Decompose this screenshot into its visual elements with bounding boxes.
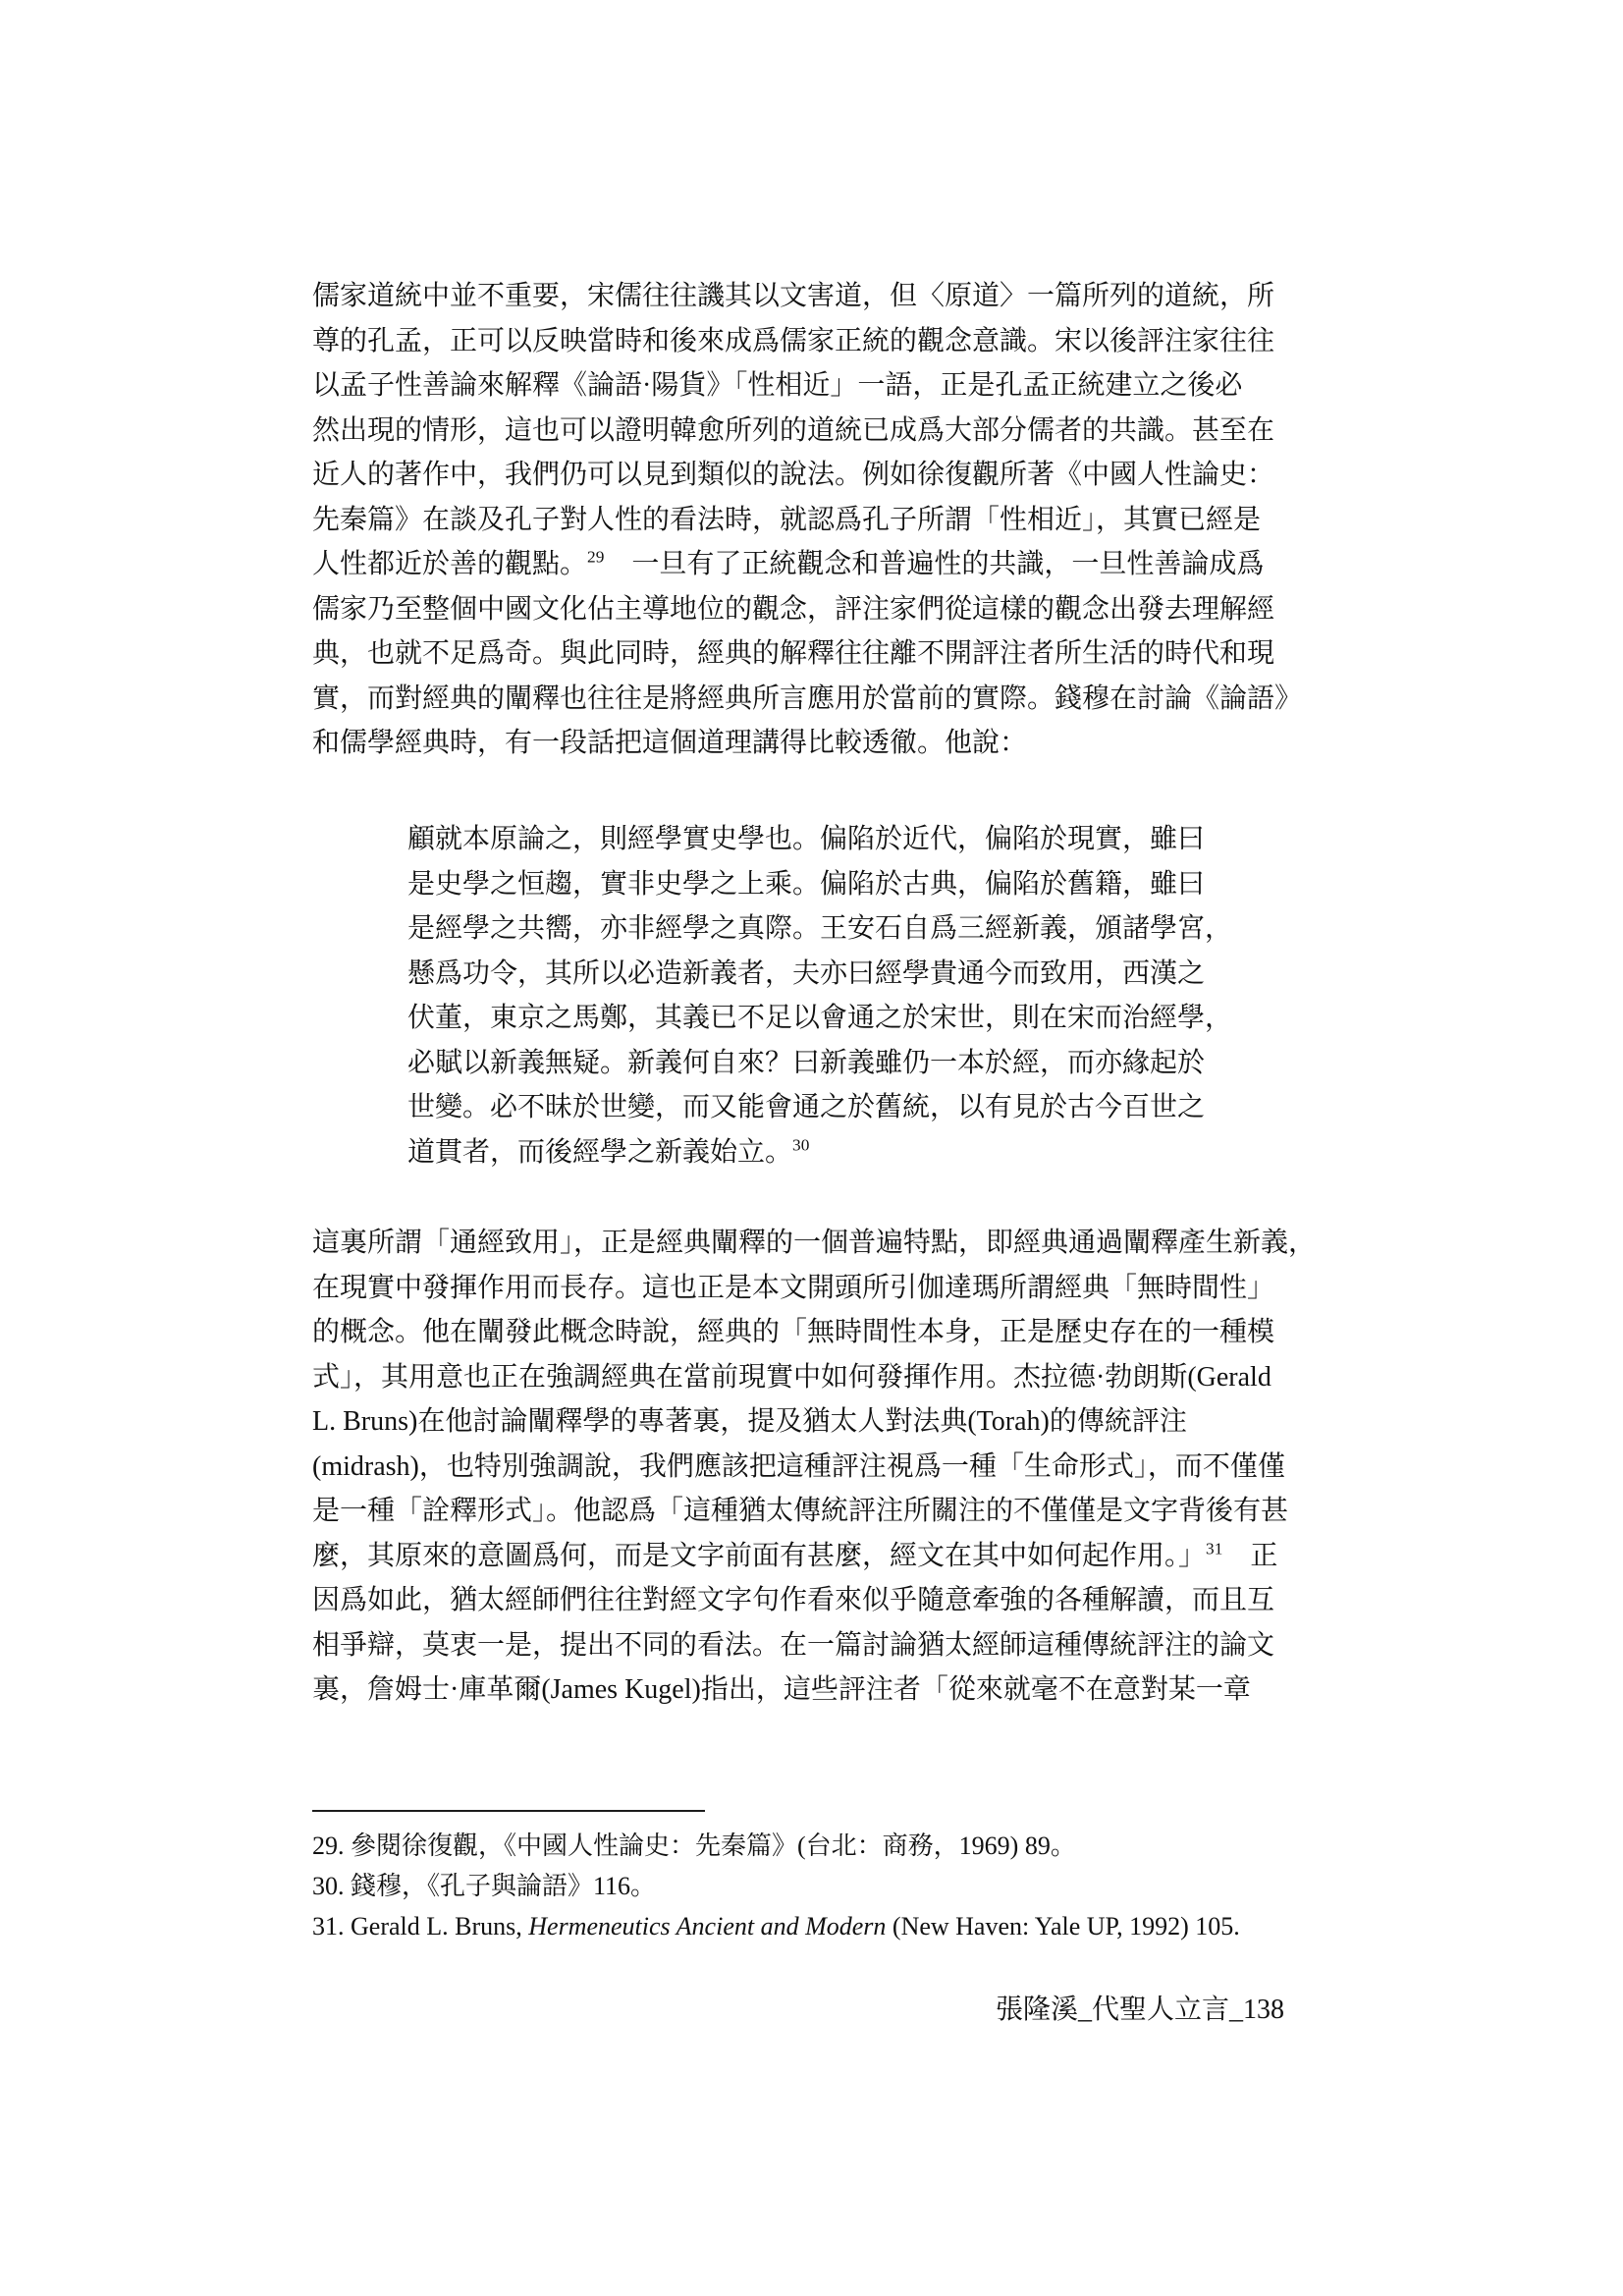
text-segment: 在現實中發揮作用而長存。這也正是本文開頭所引伽達瑪所謂經典「無時間性」 xyxy=(312,1273,1274,1303)
text-line: 和儒學經典時，有一段話把這個道理講得比較透徹。他說： xyxy=(312,721,1302,766)
text-segment: 尊的孔孟，正可以反映當時和後來成爲儒家正統的觀念意識。宋以後評注家往往 xyxy=(312,326,1274,356)
text-segment: 典，也就不足爲奇。與此同時，經典的解釋往往離不開評注者所生活的時代和現 xyxy=(312,638,1274,669)
text-line: 是經學之共嚮，亦非經學之真際。王安石自爲三經新義，頒諸學宮， xyxy=(407,906,1232,952)
text-segment: 麼，其原來的意圖爲何，而是文字前面有甚麼，經文在其中如何起作用。」 xyxy=(312,1541,1206,1571)
text-line: 這裏所謂「通經致用」，正是經典闡釋的一個普遍特點，即經典通過闡釋產生新義， xyxy=(312,1221,1316,1266)
text-segment: 相爭辯，莫衷一是，提出不同的看法。在一篇討論猶太經師這種傳統評注的論文 xyxy=(312,1630,1274,1661)
text-segment: 因爲如此，猶太經師們往往對經文字句作看來似乎隨意牽強的各種解讀，而且互 xyxy=(312,1585,1274,1615)
text-line: 儒家道統中並不重要，宋儒往往譏其以文害道，但〈原道〉一篇所列的道統，所 xyxy=(312,274,1302,319)
footnote-reference: 31 xyxy=(1206,1539,1222,1558)
text-segment: 29. 參閱徐復觀，《中國人性論史：先秦篇》(台北：商務，1969) 89。 xyxy=(312,1831,1076,1860)
text-line: 因爲如此，猶太經師們往往對經文字句作看來似乎隨意牽強的各種解讀，而且互 xyxy=(312,1578,1316,1623)
text-line: 必賦以新義無疑。新義何自來？曰新義雖仍一本於經，而亦緣起於 xyxy=(407,1041,1232,1086)
text-line: 典，也就不足爲奇。與此同時，經典的解釋往往離不開評注者所生活的時代和現 xyxy=(312,631,1302,677)
text-line: 以孟子性善論來解釋《論語·陽貨》「性相近」一語，正是孔孟正統建立之後必 xyxy=(312,363,1302,409)
text-line: 裏，詹姆士·庫革爾(James Kugel)指出，這些評注者「從來就毫不在意對某… xyxy=(312,1667,1316,1713)
footnotes: 29. 參閱徐復觀，《中國人性論史：先秦篇》(台北：商務，1969) 89。30… xyxy=(312,1826,1240,1946)
text-segment: 這裏所謂「通經致用」，正是經典闡釋的一個普遍特點，即經典通過闡釋產生新義， xyxy=(312,1228,1316,1258)
text-segment: 實，而對經典的闡釋也往往是將經典所言應用於當前的實際。錢穆在討論《論語》 xyxy=(312,683,1302,714)
text-segment: 和儒學經典時，有一段話把這個道理講得比較透徹。他說： xyxy=(312,728,1027,758)
text-line: 世變。必不昧於世變，而又能會通之於舊統，以有見於古今百世之 xyxy=(407,1085,1232,1130)
block-quote: 顧就本原論之，則經學實史學也。偏陷於近代，偏陷於現實，雖曰是史學之恒趨，實非史學… xyxy=(407,817,1232,1175)
text-line: 近人的著作中，我們仍可以見到類似的說法。例如徐復觀所著《中國人性論史： xyxy=(312,453,1302,498)
text-segment: 懸爲功令，其所以必造新義者，夫亦曰經學貴通今而致用，西漢之 xyxy=(407,958,1205,989)
text-segment: 一旦有了正統觀念和普遍性的共識，一旦性善論成爲 xyxy=(604,549,1264,579)
text-segment: 先秦篇》在談及孔子對人性的看法時，就認爲孔子所謂「性相近」，其實已經是 xyxy=(312,505,1261,535)
text-line: 尊的孔孟，正可以反映當時和後來成爲儒家正統的觀念意識。宋以後評注家往往 xyxy=(312,319,1302,364)
text-segment: 道貫者，而後經學之新義始立。 xyxy=(407,1137,792,1168)
page-footer: 張隆溪_代聖人立言_138 xyxy=(312,1988,1284,2032)
text-line: 然出現的情形，這也可以證明韓愈所列的道統已成爲大部分儒者的共識。甚至在 xyxy=(312,409,1302,454)
text-segment: 顧就本原論之，則經學實史學也。偏陷於近代，偏陷於現實，雖曰 xyxy=(407,824,1205,854)
text-line: 麼，其原來的意圖爲何，而是文字前面有甚麼，經文在其中如何起作用。」31 正 xyxy=(312,1534,1316,1579)
text-line: 伏董，東京之馬鄭，其義已不足以會通之於宋世，則在宋而治經學， xyxy=(407,996,1232,1041)
text-segment: 近人的著作中，我們仍可以見到類似的說法。例如徐復觀所著《中國人性論史： xyxy=(312,460,1274,490)
text-segment: 人性都近於善的觀點。 xyxy=(312,549,587,579)
text-segment: 30. 錢穆，《孔子與論語》116。 xyxy=(312,1872,656,1900)
text-segment: 以孟子性善論來解釋《論語·陽貨》「性相近」一語，正是孔孟正統建立之後必 xyxy=(312,370,1242,401)
text-line: 29. 參閱徐復觀，《中國人性論史：先秦篇》(台北：商務，1969) 89。 xyxy=(312,1826,1240,1866)
text-line: 懸爲功令，其所以必造新義者，夫亦曰經學貴通今而致用，西漢之 xyxy=(407,952,1232,997)
text-line: 31. Gerald L. Bruns, Hermeneutics Ancien… xyxy=(312,1906,1240,1946)
text-segment: 儒家乃至整個中國文化佔主導地位的觀念，評注家們從這樣的觀念出發去理解經 xyxy=(312,594,1274,625)
text-segment: 儒家道統中並不重要，宋儒往往譏其以文害道，但〈原道〉一篇所列的道統，所 xyxy=(312,281,1274,311)
text-segment: 然出現的情形，這也可以證明韓愈所列的道統已成爲大部分儒者的共識。甚至在 xyxy=(312,415,1274,446)
text-segment: 是一種「詮釋形式」。他認爲「這種猶太傳統評注所關注的不僅僅是文字背後有甚 xyxy=(312,1496,1288,1526)
text-line: 先秦篇》在談及孔子對人性的看法時，就認爲孔子所謂「性相近」，其實已經是 xyxy=(312,498,1302,543)
paragraph-1: 儒家道統中並不重要，宋儒往往譏其以文害道，但〈原道〉一篇所列的道統，所尊的孔孟，… xyxy=(312,274,1302,766)
text-line: 相爭辯，莫衷一是，提出不同的看法。在一篇討論猶太經師這種傳統評注的論文 xyxy=(312,1623,1316,1668)
text-line: 的概念。他在闡發此概念時說，經典的「無時間性本身，正是歷史存在的一種模 xyxy=(312,1310,1316,1355)
text-segment: 裏，詹姆士·庫革爾(James Kugel)指出，這些評注者「從來就毫不在意對某… xyxy=(312,1674,1251,1705)
text-line: 人性都近於善的觀點。29 一旦有了正統觀念和普遍性的共識，一旦性善論成爲 xyxy=(312,542,1302,587)
text-line: 顧就本原論之，則經學實史學也。偏陷於近代，偏陷於現實，雖曰 xyxy=(407,817,1232,862)
text-segment: 必賦以新義無疑。新義何自來？曰新義雖仍一本於經，而亦緣起於 xyxy=(407,1048,1205,1078)
paragraph-2: 這裏所謂「通經致用」，正是經典闡釋的一個普遍特點，即經典通過闡釋產生新義，在現實… xyxy=(312,1221,1316,1713)
text-line: 實，而對經典的闡釋也往往是將經典所言應用於當前的實際。錢穆在討論《論語》 xyxy=(312,677,1302,722)
document-page: 儒家道統中並不重要，宋儒往往譏其以文害道，但〈原道〉一篇所列的道統，所尊的孔孟，… xyxy=(0,0,1623,2296)
text-segment: 是史學之恒趨，實非史學之上乘。偏陷於古典，偏陷於舊籍，雖曰 xyxy=(407,869,1205,900)
text-line: L. Bruns)在他討論闡釋學的專著裏，提及猶太人對法典(Torah)的傳統評… xyxy=(312,1399,1316,1445)
text-segment: (midrash)，也特別強調說，我們應該把這種評注視爲一種「生命形式」，而不僅… xyxy=(312,1451,1285,1482)
text-segment: 正 xyxy=(1222,1541,1277,1571)
text-line: 是史學之恒趨，實非史學之上乘。偏陷於古典，偏陷於舊籍，雖曰 xyxy=(407,862,1232,907)
text-segment: 的概念。他在闡發此概念時說，經典的「無時間性本身，正是歷史存在的一種模 xyxy=(312,1317,1274,1347)
text-line: 在現實中發揮作用而長存。這也正是本文開頭所引伽達瑪所謂經典「無時間性」 xyxy=(312,1266,1316,1311)
footnote-reference: 30 xyxy=(792,1135,809,1154)
footnote-reference: 29 xyxy=(587,548,604,567)
text-segment: 世變。必不昧於世變，而又能會通之於舊統，以有見於古今百世之 xyxy=(407,1092,1205,1122)
text-line: 儒家乃至整個中國文化佔主導地位的觀念，評注家們從這樣的觀念出發去理解經 xyxy=(312,587,1302,632)
text-line: (midrash)，也特別強調說，我們應該把這種評注視爲一種「生命形式」，而不僅… xyxy=(312,1445,1316,1490)
text-segment: 31. Gerald L. Bruns, xyxy=(312,1912,528,1941)
text-segment: L. Bruns)在他討論闡釋學的專著裏，提及猶太人對法典(Torah)的傳統評… xyxy=(312,1406,1187,1437)
text-segment: 是經學之共嚮，亦非經學之真際。王安石自爲三經新義，頒諸學宮， xyxy=(407,913,1232,944)
text-segment: (New Haven: Yale UP, 1992) 105. xyxy=(886,1912,1239,1941)
text-segment: Hermeneutics Ancient and Modern xyxy=(528,1912,886,1941)
footnote-separator xyxy=(312,1810,705,1812)
text-segment: 式」，其用意也正在強調經典在當前現實中如何發揮作用。杰拉德·勃朗斯(Gerald xyxy=(312,1362,1271,1393)
text-line: 道貫者，而後經學之新義始立。30 xyxy=(407,1130,1232,1175)
text-line: 式」，其用意也正在強調經典在當前現實中如何發揮作用。杰拉德·勃朗斯(Gerald xyxy=(312,1355,1316,1400)
text-segment: 伏董，東京之馬鄭，其義已不足以會通之於宋世，則在宋而治經學， xyxy=(407,1003,1232,1033)
text-line: 30. 錢穆，《孔子與論語》116。 xyxy=(312,1866,1240,1906)
text-line: 是一種「詮釋形式」。他認爲「這種猶太傳統評注所關注的不僅僅是文字背後有甚 xyxy=(312,1489,1316,1534)
